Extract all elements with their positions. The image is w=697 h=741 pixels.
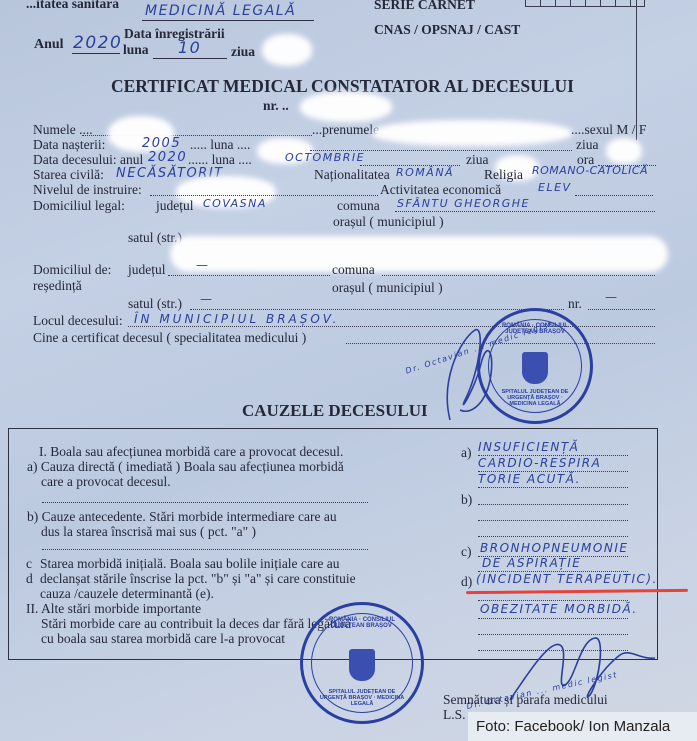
month-value: 10 [178, 38, 201, 57]
unit-label: ...itatea sanitară [26, 0, 119, 12]
causes-heading: CAUZELE DECESULUI [242, 401, 428, 421]
religion-label: Religia [484, 167, 523, 183]
unit-value: MEDICINĂ LEGALĂ [145, 3, 296, 19]
ls-label: L.S. [443, 707, 466, 723]
commune-label: comuna [337, 198, 380, 214]
year-value: 2020 [73, 33, 122, 53]
death-place-label: Locul decesului: [33, 313, 123, 329]
cause-b-label-2: dus la starea înscrisă mai sus ( pct. "a… [41, 524, 256, 540]
birth-day-label: ziua [576, 137, 599, 153]
legal-home-label: Domiciliul legal: [33, 198, 125, 214]
county-label: județul [156, 198, 194, 214]
cause-a-label-2: care a provocat decesul. [41, 474, 171, 490]
series-boxes [525, 0, 645, 7]
res-village-value: — [200, 292, 214, 306]
photo-credit: Foto: Facebook/ Ion Manzala [468, 712, 697, 741]
hospital-stamp-top: ROMÂNIA · CONSILIUL JUDEȚEAN BRAȘOV SPIT… [477, 308, 593, 424]
death-place-value: ÎN MUNICIPIUL BRAȘOV. [134, 312, 339, 326]
sex-label: ....sexul M / F [571, 122, 646, 138]
birth-month-label: ..... luna .... [190, 137, 250, 153]
answer-a-line-3: TORIE ACUTĂ. [478, 472, 581, 486]
firstname-label: ...prenumele [312, 122, 379, 138]
registration-date-label: Data înregistrării [124, 26, 225, 42]
answer-a-line-2: CARDIO-RESPIRA [478, 456, 601, 470]
civil-status-label: Starea civilă: [33, 167, 104, 183]
res-city-label: orașul ( municipiul ) [332, 280, 443, 296]
birth-year-value: 2005 [142, 136, 181, 151]
cause-i-label: I. Boala sau afecțiunea morbidă care a p… [39, 444, 343, 460]
res-commune-label: comuna [332, 262, 375, 278]
answer-ii-value: OBEZITATE MORBIDĂ. [480, 602, 638, 616]
cause-c-label: Starea morbidă inițială. Boala sau bolil… [40, 556, 340, 572]
answer-c-prefix: c) [461, 544, 472, 560]
nationality-label: Naționalitatea [314, 167, 390, 183]
day-label: ziua [231, 44, 255, 60]
series-label: SERIE CARNET [374, 0, 475, 13]
coat-of-arms-icon [349, 649, 375, 681]
county-value: COVASNA [203, 197, 267, 210]
answer-a-prefix: a) [461, 445, 472, 461]
city-label: orașul ( municipiul ) [333, 214, 444, 230]
cause-ii-label: II. Alte stări morbide importante [26, 601, 201, 617]
cause-c-label-3: cauza /cauzele determinantă (e). [40, 586, 214, 602]
economic-activity-label: Activitatea economică [380, 182, 501, 198]
residence-label-2: reședință [33, 278, 82, 294]
res-nr-value: — [605, 290, 619, 304]
year-label: Anul [34, 37, 64, 53]
month-label: luna [123, 42, 149, 58]
signature-label: Semnătura și parafa medicului [443, 692, 608, 708]
cause-ii-label-3: cu boala sau starea morbidă care l-a pro… [41, 631, 285, 647]
res-village-label: satul (str.) [128, 296, 182, 312]
answer-d-prefix: d) [461, 574, 472, 590]
hospital-stamp-bottom: ROMÂNIA · CONSILIUL JUDEȚEAN BRAȘOV SPIT… [300, 602, 424, 724]
residence-label: Domiciliul de: [33, 262, 111, 278]
death-month-value: OCTOMBRIE [285, 151, 365, 164]
certificate-number-label: nr. .. [263, 98, 289, 114]
answer-d-value: (INCIDENT TERAPEUTIC). [476, 572, 658, 586]
death-year-value: 2020 [148, 150, 187, 165]
commune-value: SFÂNTU GHEORGHE [397, 197, 530, 210]
agency-label: CNAS / OPSNAJ / CAST [374, 22, 520, 38]
coat-of-arms-icon [522, 352, 548, 384]
cause-c-prefix: c [26, 556, 32, 572]
res-nr-label: nr. [568, 296, 582, 312]
cause-b-label: b) Cauze antecedente. Stări morbide inte… [27, 509, 337, 525]
certifier-label: Cine a certificat decesul ( specialitate… [33, 330, 306, 346]
answer-a-line-1: INSUFICIENȚĂ [478, 440, 579, 454]
education-label: Nivelul de instruire: [33, 182, 142, 198]
answer-c-line-1: BRONHOPNEUMONIE [480, 541, 628, 555]
cause-c-label-2: declanșat stările înscrise la pct. "b" ș… [40, 571, 356, 587]
religion-value: ROMANO-CATOLICĂ [532, 164, 648, 177]
res-county-value: — [196, 258, 210, 272]
cause-d-prefix: d [26, 571, 33, 587]
cause-a-label: a) Cauza directă ( imediată ) Boala sau … [27, 459, 344, 475]
nationality-value: ROMÂNĂ [396, 166, 454, 179]
res-county-label: județul [128, 262, 166, 278]
death-day-label: ziua [466, 152, 489, 168]
answer-b-prefix: b) [461, 492, 472, 508]
economic-activity-value: ELEV [538, 181, 572, 194]
birth-date-label: Data nașterii: [33, 137, 105, 153]
answer-c-line-2: DE ASPIRAȚIE [482, 556, 581, 570]
